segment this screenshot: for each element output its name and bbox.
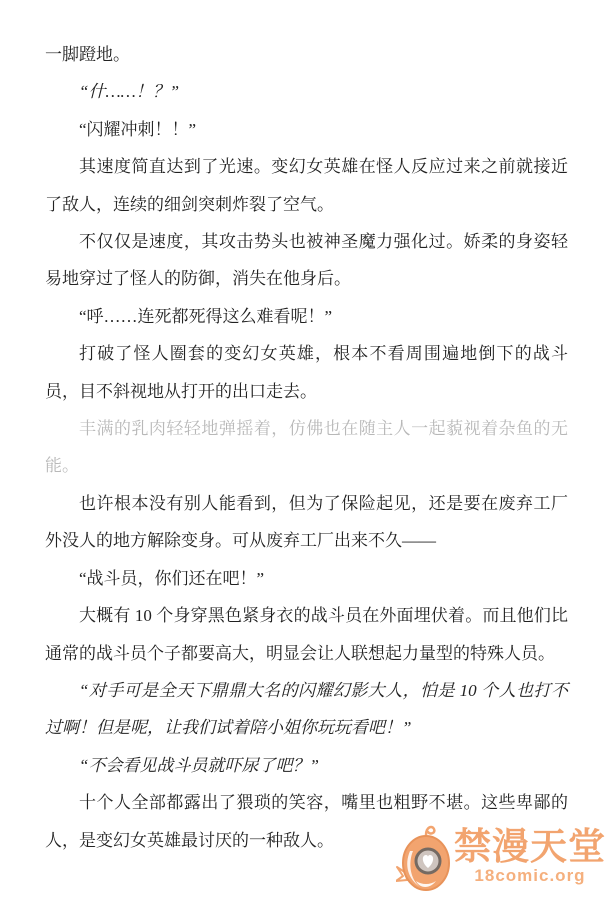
- site-watermark: 禁漫天堂 18comic.org: [396, 821, 606, 893]
- paragraph: “闪耀冲刺！！”: [45, 111, 568, 148]
- watermark-site-url: 18comic.org: [474, 866, 585, 886]
- text-body: 一脚蹬地。“什……！？”“闪耀冲刺！！”其速度简直达到了光速。变幻女英雄在怪人反…: [45, 36, 568, 859]
- paragraph: 丰满的乳肉轻轻地弹摇着，仿佛也在随主人一起藐视着杂鱼的无能。: [45, 410, 568, 485]
- paragraph: “不会看见战斗员就吓尿了吧？”: [45, 747, 568, 784]
- paragraph: 打破了怪人圈套的变幻女英雄，根本不看周围遍地倒下的战斗员，目不斜视地从打开的出口…: [45, 335, 568, 410]
- paragraph: 也许根本没有别人能看到，但为了保险起见，还是要在废弃工厂外没人的地方解除变身。可…: [45, 485, 568, 560]
- paragraph: 不仅仅是速度，其攻击势头也被神圣魔力强化过。娇柔的身姿轻易地穿过了怪人的防御，消…: [45, 223, 568, 298]
- paragraph: 其速度简直达到了光速。变幻女英雄在怪人反应过来之前就接近了敌人，连续的细剑突刺炸…: [45, 148, 568, 223]
- paragraph: “战斗员，你们还在吧！”: [45, 560, 568, 597]
- paragraph: 一脚蹬地。: [45, 36, 568, 73]
- whale-mascot-icon: [396, 821, 450, 893]
- paragraph: “对手可是全天下鼎鼎大名的闪耀幻影大人，怕是 10 个人也打不过啊！但是呢，让我…: [45, 672, 568, 747]
- watermark-site-name: 禁漫天堂: [454, 828, 606, 867]
- watermark-text-block: 禁漫天堂 18comic.org: [454, 828, 606, 887]
- paragraph: “呼……连死都死得这么难看呢！”: [45, 298, 568, 335]
- document-page: 一脚蹬地。“什……！？”“闪耀冲刺！！”其速度简直达到了光速。变幻女英雄在怪人反…: [0, 0, 612, 897]
- paragraph: 大概有 10 个身穿黑色紧身衣的战斗员在外面埋伏着。而且他们比通常的战斗员个子都…: [45, 597, 568, 672]
- paragraph: “什……！？”: [45, 73, 568, 110]
